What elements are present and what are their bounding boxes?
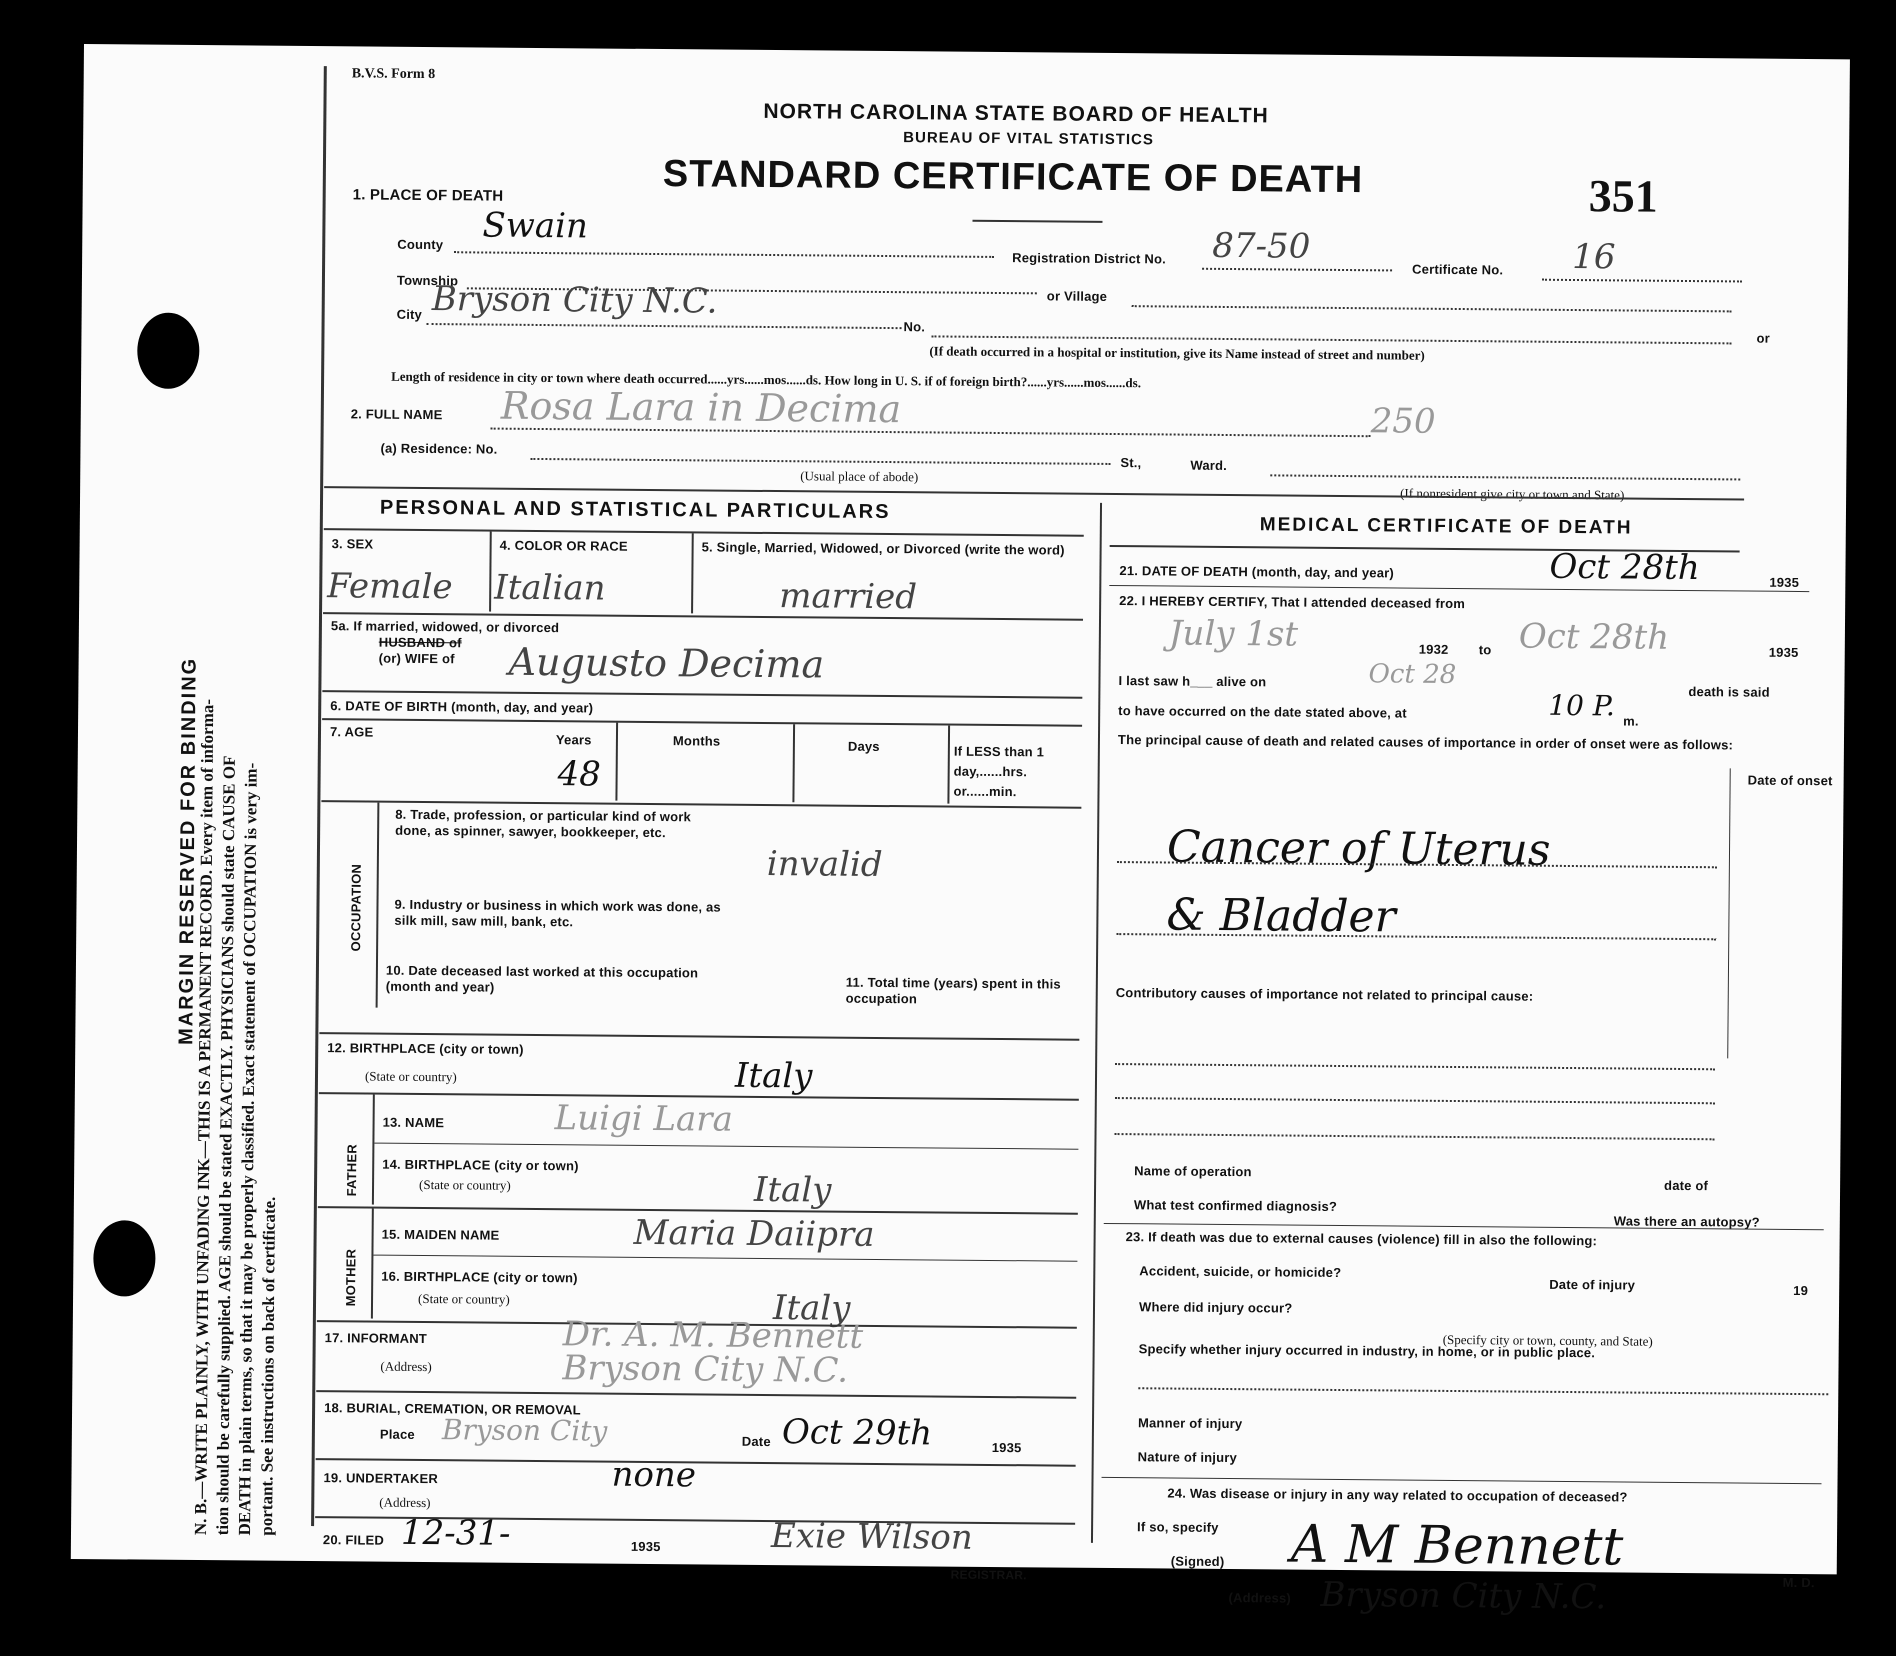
no-label: No. bbox=[903, 319, 925, 334]
rule bbox=[691, 533, 694, 613]
rule bbox=[376, 803, 380, 1008]
mother-side-label: MOTHER bbox=[343, 1249, 359, 1307]
certify-label: 22. I HEREBY CERTIFY, That I attended de… bbox=[1119, 593, 1465, 611]
father-side-label: FATHER bbox=[344, 1144, 359, 1196]
personal-heading: PERSONAL AND STATISTICAL PARTICULARS bbox=[380, 497, 891, 524]
undertaker-address-label: (Address) bbox=[379, 1495, 430, 1511]
place-of-death-label: 1. PLACE OF DEATH bbox=[353, 186, 504, 204]
m-label: m. bbox=[1623, 713, 1639, 728]
birthplace-state-label: (State or country) bbox=[365, 1068, 457, 1085]
village-line bbox=[1132, 305, 1732, 312]
filed-year-value: 1935 bbox=[631, 1539, 661, 1554]
rule bbox=[1109, 585, 1809, 592]
days-label: Days bbox=[848, 739, 880, 754]
full-name-line bbox=[491, 428, 1371, 438]
if-so-label: If so, specify bbox=[1137, 1519, 1219, 1535]
village-label: or Village bbox=[1047, 288, 1107, 304]
last-saw-value[interactable]: Oct 28 bbox=[1368, 659, 1456, 690]
city-label: City bbox=[397, 307, 422, 322]
rule bbox=[947, 726, 950, 804]
certificate-label: Certificate No. bbox=[1412, 262, 1503, 278]
burial-date-label: Date bbox=[742, 1434, 771, 1449]
attended-from-year: 1932 bbox=[1419, 642, 1449, 657]
father-state-label: (State or country) bbox=[419, 1177, 511, 1194]
occurred-label: to have occurred on the date stated abov… bbox=[1118, 703, 1407, 721]
punch-hole bbox=[93, 1220, 156, 1297]
marital-label: 5. Single, Married, Widowed, or Divorced… bbox=[702, 539, 1082, 558]
certificate-line bbox=[1542, 279, 1742, 283]
attended-to-year: 1935 bbox=[1769, 645, 1799, 660]
reg-district-line bbox=[1202, 268, 1392, 272]
last-saw-label: I last saw h___ alive on bbox=[1118, 673, 1266, 689]
signed-label: (Signed) bbox=[1171, 1554, 1225, 1569]
cause-line-1[interactable]: Cancer of Uterus bbox=[1167, 821, 1551, 875]
race-label: 4. COLOR OR RACE bbox=[500, 538, 628, 554]
trade-value[interactable]: invalid bbox=[767, 844, 883, 885]
occupation-related-label: 24. Was disease or injury in any way rel… bbox=[1167, 1486, 1627, 1505]
dod-value[interactable]: Oct 28th bbox=[1549, 547, 1700, 588]
dob-label: 6. DATE OF BIRTH (month, day, and year) bbox=[330, 698, 593, 715]
operation-label: Name of operation bbox=[1134, 1163, 1252, 1179]
months-label: Months bbox=[673, 733, 721, 748]
residence-st-label: St., bbox=[1120, 455, 1141, 470]
father-birthplace-value[interactable]: Italy bbox=[754, 1170, 832, 1211]
rule bbox=[374, 1143, 1078, 1150]
residence-ward-label: Ward. bbox=[1190, 458, 1227, 473]
title-rule bbox=[972, 220, 1102, 223]
years-label: Years bbox=[556, 732, 592, 747]
nature-label: Nature of injury bbox=[1138, 1449, 1237, 1465]
external-causes-label: 23. If death was due to external causes … bbox=[1126, 1229, 1598, 1248]
occupation-side-label: OCCUPATION bbox=[348, 864, 364, 952]
residence-line bbox=[530, 458, 1110, 465]
rule bbox=[792, 724, 795, 802]
test-label: What test confirmed diagnosis? bbox=[1134, 1197, 1337, 1214]
bureau-name: BUREAU OF VITAL STATISTICS bbox=[903, 129, 1154, 148]
sex-label: 3. SEX bbox=[332, 536, 374, 551]
husband-label: HUSBAND of bbox=[379, 635, 462, 651]
contrib-rule bbox=[1115, 1097, 1715, 1104]
spouse-value[interactable]: Augusto Decima bbox=[508, 640, 824, 687]
rule bbox=[322, 718, 1082, 727]
contributory-label: Contributory causes of importance not re… bbox=[1116, 985, 1676, 1006]
rule bbox=[324, 528, 1084, 537]
filed-label: 20. FILED bbox=[323, 1532, 384, 1548]
column-divider bbox=[1091, 503, 1102, 1543]
rule bbox=[1102, 1477, 1822, 1484]
rule bbox=[371, 1209, 374, 1319]
father-name-value[interactable]: Luigi Lara bbox=[554, 1098, 733, 1140]
stamp-number: 351 bbox=[1589, 169, 1658, 223]
undertaker-value[interactable]: none bbox=[611, 1455, 696, 1496]
injury-date-label: Date of injury bbox=[1549, 1277, 1635, 1293]
undertaker-label: 19. UNDERTAKER bbox=[323, 1470, 438, 1486]
attended-to-value[interactable]: Oct 28th bbox=[1519, 617, 1670, 658]
filed-date-value[interactable]: 12-31- bbox=[401, 1513, 511, 1554]
age-label: 7. AGE bbox=[330, 724, 373, 739]
punch-hole bbox=[137, 312, 200, 389]
residence-label: (a) Residence: No. bbox=[380, 441, 497, 457]
spouse-label: 5a. If married, widowed, or divorced bbox=[331, 618, 559, 635]
county-label: County bbox=[397, 237, 443, 252]
registrar-signature: Exie Wilson bbox=[771, 1516, 973, 1558]
operation-date-label: date of bbox=[1664, 1178, 1708, 1193]
manner-label: Manner of injury bbox=[1138, 1415, 1242, 1431]
agency-name: NORTH CAROLINA STATE BOARD OF HEALTH bbox=[763, 100, 1269, 128]
rule bbox=[489, 532, 492, 612]
md-label: M. D. bbox=[1783, 1575, 1815, 1590]
attended-from-value[interactable]: July 1st bbox=[1169, 613, 1299, 654]
onset-label: Date of onset bbox=[1748, 773, 1833, 789]
certificate-value[interactable]: 16 bbox=[1572, 237, 1616, 277]
death-certificate: MARGIN RESERVED FOR BINDING N. B.—WRITE … bbox=[71, 44, 1850, 1574]
where-injury-label: Where did injury occur? bbox=[1139, 1299, 1293, 1315]
race-value[interactable]: Italian bbox=[494, 568, 606, 609]
industry-label: 9. Industry or business in which work wa… bbox=[394, 897, 724, 932]
mother-state-label: (State or country) bbox=[418, 1291, 510, 1308]
accident-label: Accident, suicide, or homicide? bbox=[1139, 1263, 1341, 1280]
physician-address-label: (Address) bbox=[1228, 1590, 1291, 1606]
burial-year-value: 1935 bbox=[992, 1440, 1022, 1455]
trade-label: 8. Trade, profession, or particular kind… bbox=[395, 807, 725, 842]
less-than-day-label: If LESS than 1 day,......hrs. or......mi… bbox=[953, 742, 1084, 803]
rule bbox=[316, 1390, 1076, 1399]
injury-year-label: 19 bbox=[1793, 1283, 1808, 1298]
margin-rule bbox=[311, 66, 327, 1526]
mother-birthplace-label: 16. BIRTHPLACE (city or town) bbox=[381, 1269, 578, 1286]
industry-rule bbox=[1138, 1387, 1828, 1395]
birthplace-value[interactable]: Italy bbox=[735, 1056, 813, 1097]
rule bbox=[319, 1032, 1079, 1041]
rule bbox=[322, 690, 1082, 699]
margin-instruction: portant. See instructions on back of cer… bbox=[257, 1197, 280, 1536]
sex-value[interactable]: Female bbox=[327, 566, 453, 607]
age-years-value[interactable]: 48 bbox=[557, 754, 601, 794]
hospital-note: (If death occurred in a hospital or inst… bbox=[929, 343, 1425, 363]
burial-place-label: Place bbox=[380, 1427, 415, 1442]
page-title: STANDARD CERTIFICATE OF DEATH bbox=[663, 153, 1364, 202]
or-label: or bbox=[1756, 331, 1770, 346]
reg-district-label: Registration District No. bbox=[1012, 250, 1166, 266]
county-value[interactable]: Swain bbox=[482, 205, 588, 246]
mother-name-value[interactable]: Maria Daiipra bbox=[633, 1213, 874, 1255]
wife-label: (or) WIFE of bbox=[379, 651, 455, 667]
last-worked-label: 10. Date deceased last worked at this oc… bbox=[386, 963, 716, 998]
death-time-value[interactable]: 10 P. bbox=[1548, 689, 1615, 723]
residence-state-line bbox=[1270, 474, 1740, 480]
injury-industry-label: Specify whether injury occurred in indus… bbox=[1139, 1341, 1596, 1360]
street-line bbox=[931, 335, 1731, 344]
informant-label: 17. INFORMANT bbox=[325, 1330, 427, 1346]
dod-label: 21. DATE OF DEATH (month, day, and year) bbox=[1119, 563, 1394, 580]
full-name-value[interactable]: Rosa Lara in Decima bbox=[501, 384, 902, 431]
county-line bbox=[454, 251, 994, 258]
city-line bbox=[427, 323, 902, 329]
birthplace-label: 12. BIRTHPLACE (city or town) bbox=[327, 1040, 524, 1057]
reg-district-value[interactable]: 87-50 bbox=[1212, 226, 1310, 267]
to-label: to bbox=[1479, 642, 1492, 657]
physician-signature: A M Bennett bbox=[1291, 1515, 1624, 1578]
burial-place-value[interactable]: Bryson City bbox=[442, 1413, 608, 1447]
physician-address-value[interactable]: Bryson City N.C. bbox=[1320, 1575, 1606, 1617]
cause-label: The principal cause of death and related… bbox=[1118, 731, 1858, 755]
burial-date-value[interactable]: Oct 29th bbox=[782, 1412, 933, 1453]
contrib-rule bbox=[1115, 1063, 1715, 1070]
marital-value[interactable]: married bbox=[779, 576, 917, 617]
nonresident-note: (If nonresident give city or town and St… bbox=[1400, 486, 1624, 504]
contrib-rule bbox=[1115, 1133, 1715, 1140]
informant-address-label: (Address) bbox=[380, 1359, 431, 1375]
registrar-label: REGISTRAR. bbox=[951, 1568, 1027, 1583]
rule bbox=[1727, 768, 1731, 1058]
full-name-annotation: 250 bbox=[1371, 401, 1436, 442]
dod-year-value: 1935 bbox=[1769, 575, 1799, 590]
informant-address-value[interactable]: Bryson City N.C. bbox=[562, 1348, 848, 1390]
city-value[interactable]: Bryson City N.C. bbox=[432, 279, 718, 321]
medical-heading: MEDICAL CERTIFICATE OF DEATH bbox=[1260, 514, 1633, 539]
usual-abode-note: (Usual place of abode) bbox=[800, 468, 918, 485]
death-said-label: death is said bbox=[1688, 684, 1769, 700]
rule bbox=[373, 1255, 1077, 1262]
form-id: B.V.S. Form 8 bbox=[352, 66, 435, 83]
rule bbox=[615, 723, 618, 801]
full-name-label: 2. FULL NAME bbox=[351, 406, 443, 422]
father-birthplace-label: 14. BIRTHPLACE (city or town) bbox=[382, 1157, 579, 1174]
total-time-label: 11. Total time (years) spent in this occ… bbox=[846, 975, 1066, 1009]
father-name-label: 13. NAME bbox=[383, 1115, 445, 1131]
rule bbox=[372, 1095, 375, 1205]
mother-name-label: 15. MAIDEN NAME bbox=[382, 1227, 500, 1243]
